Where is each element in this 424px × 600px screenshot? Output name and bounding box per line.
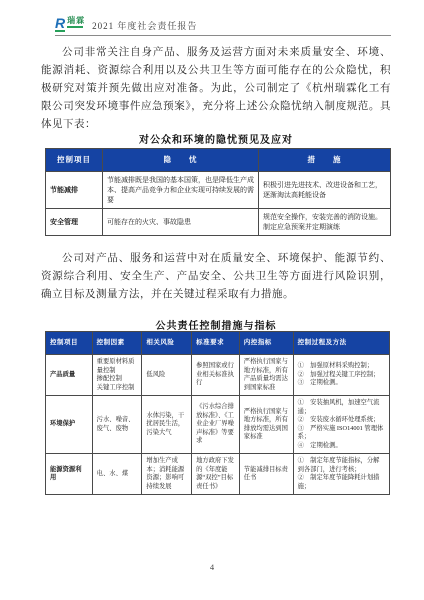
risk-identification-paragraph: 公司对产品、服务和运营中对在质量安全、环境保护、能源节约、资源综合利用、安全生产… [41, 250, 391, 304]
table2-header-row: 控制项目 控制因素 相关风险 标准要求 内控指标 控制过程及方法 [46, 332, 390, 355]
table2-row1-risk: 低风险 [142, 355, 192, 396]
table-row: 环境保护 污水、噪音、废气、废物 水体污染，干扰居民生活，污染大气 《污水综合排… [46, 396, 390, 454]
table2-header-factor: 控制因素 [92, 332, 142, 355]
table2-header-item: 控制项目 [46, 332, 93, 355]
table-row: 产品质量 重要原材料质量控制 掺配控制 关键工序控制 低风险 参照国家或行业相关… [46, 355, 390, 396]
table1-title: 对公众和环境的隐忧预见及应对 [41, 131, 391, 146]
logo-underline-decoration [67, 26, 83, 28]
table2-row1-item: 产品质量 [46, 355, 93, 396]
table1-row2-item: 安全管理 [46, 209, 103, 236]
table2-row2-factor: 污水、噪音、废气、废物 [92, 396, 142, 454]
table2-row1-standard: 参照国家或行业相关标准执行 [192, 355, 240, 396]
table1-header-concern: 隐 忧 [103, 149, 259, 172]
public-responsibility-control-table: 控制项目 控制因素 相关风险 标准要求 内控指标 控制过程及方法 产品质量 重要… [45, 331, 390, 495]
table2-row1-factor: 重要原材料质量控制 掺配控制 关键工序控制 [92, 355, 142, 396]
intro-paragraph: 公司非常关注自身产品、服务及运营方面对未来质量安全、环境、能源消耗、资源综合利用… [41, 44, 391, 134]
table2-row1-method: ① 加强原材料采购控制； ② 加强过程关键工序控制； ③ 定期检测。 [293, 355, 389, 396]
table1-row2-measure: 规范安全操作，安装完善的消防设施。制定应急预案并定期演练 [259, 209, 391, 236]
table-row: 安全管理 可能存在的火灾、事故隐患 规范安全操作，安装完善的消防设施。制定应急预… [46, 209, 391, 236]
table-row: 节能减排 节能减排既是我国的基本国策，也是降低生产成本、提高产品竞争力和企业实现… [46, 172, 391, 209]
table2-row3-item: 能源资源利用 [46, 454, 93, 495]
table1-row2-concern: 可能存在的火灾、事故隐患 [103, 209, 259, 236]
table1-header-row: 控制项目 隐 忧 措 施 [46, 149, 391, 172]
logo-r-icon: R [55, 16, 65, 32]
table2-row2-indicator: 严格执行国家与地方标准，所有排放均需达到国家标准 [239, 396, 293, 454]
table1-row1-measure: 积极引进先进技术、改进设备和工艺，逐渐淘汰高耗能设备 [259, 172, 391, 209]
report-title: 2021 年度社会责任报告 [92, 16, 197, 32]
table2-header-risk: 相关风险 [142, 332, 192, 355]
table1-row1-concern: 节能减排既是我国的基本国策，也是降低生产成本、提高产品竞争力和企业实现可持续发展… [103, 172, 259, 209]
table2-header-indicator: 内控指标 [239, 332, 293, 355]
table2-row3-method: ① 制定年度节能指标，分解到各部门，进行考核； ② 制定年度节能降耗计划措施； [293, 454, 389, 495]
page-header: R 瑞霖 2021 年度社会责任报告 [55, 12, 391, 36]
table1-header-measure: 措 施 [259, 149, 391, 172]
table2-row2-standard: 《污水综合排放标准》、《工业企业厂界噪声标准》等要求 [192, 396, 240, 454]
table2-row3-standard: 地方政府下发的《年度能源“双控”目标责任书》 [192, 454, 240, 495]
table-row: 能源资源利用 电、水、煤 增加生产成本；消耗能源资源；影响可持续发展 地方政府下… [46, 454, 390, 495]
table2-row1-indicator: 严格执行国家与地方标准，所有产品质量均需达到国家标准 [239, 355, 293, 396]
table2-row2-item: 环境保护 [46, 396, 93, 454]
logo-name-block: 瑞霖 [67, 16, 85, 28]
table2-row3-indicator: 节能减排目标责任书 [239, 454, 293, 495]
table2-row3-factor: 电、水、煤 [92, 454, 142, 495]
table1-row1-item: 节能减排 [46, 172, 103, 209]
table2-title: 公共责任控制措施与指标 [41, 317, 391, 332]
table2-header-method: 控制过程及方法 [293, 332, 389, 355]
table1-header-item: 控制项目 [46, 149, 103, 172]
page-number: 4 [0, 562, 424, 572]
table2-row2-risk: 水体污染，干扰居民生活，污染大气 [142, 396, 192, 454]
logo-company-name: 瑞霖 [67, 16, 85, 25]
table2-row3-risk: 增加生产成本；消耗能源资源；影响可持续发展 [142, 454, 192, 495]
table2-header-standard: 标准要求 [192, 332, 240, 355]
company-logo: R 瑞霖 [55, 16, 85, 32]
report-page: R 瑞霖 2021 年度社会责任报告 公司非常关注自身产品、服务及运营方面对未来… [0, 0, 424, 600]
concern-response-table: 控制项目 隐 忧 措 施 节能减排 节能减排既是我国的基本国策，也是降低生产成本… [45, 148, 391, 236]
table2-row2-method: ① 安装抽风机，加速空气流通； ② 安装废水循环处理系统； ③ 严格实施 ISO… [293, 396, 389, 454]
